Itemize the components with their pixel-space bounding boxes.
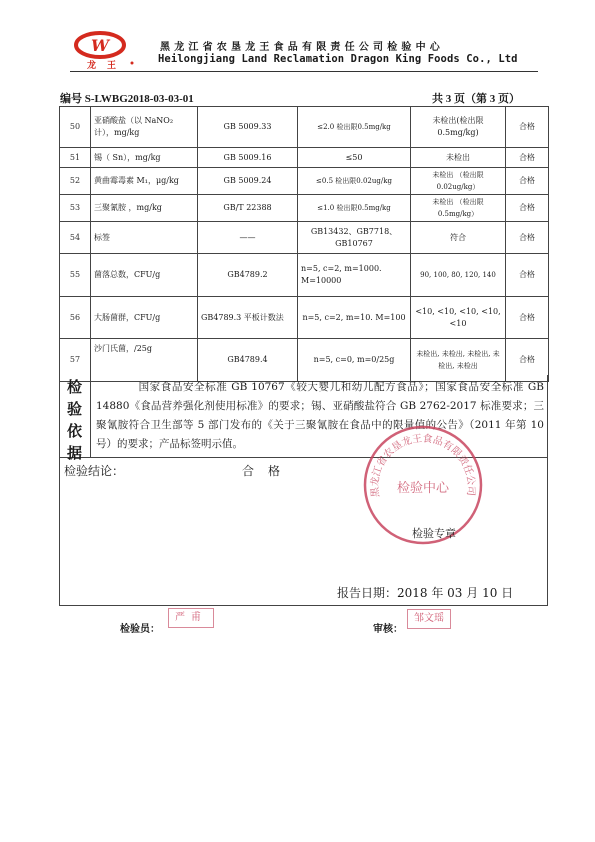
test-method: GB 5009.24 <box>198 168 298 195</box>
standard-limit: n=5, c=2, m=10. M=100 <box>298 297 411 339</box>
seal-center-text: 检验中心 <box>397 480 450 496</box>
table-row: 54 标签 —— GB13432、GB7718、GB10767 符合 合格 <box>60 222 549 254</box>
standard-limit: ≤2.0 检出限0.5mg/kg <box>298 107 411 148</box>
row-number: 55 <box>60 254 91 297</box>
table-row: 55 菌落总数，CFU/g GB4789.2 n=5, c=2, m=1000.… <box>60 254 549 297</box>
basis-label-char: 检 <box>59 377 90 397</box>
judgement: 合格 <box>506 195 549 222</box>
conclusion-label: 检验结论： <box>64 462 124 479</box>
svg-text:王: 王 <box>107 59 116 70</box>
test-result: 未检出 （检出限 0.5mg/kg） <box>411 195 506 222</box>
basis-label-char: 验 <box>59 399 90 419</box>
test-result: 未检出 （检出限 0.02ug/kg） <box>411 168 506 195</box>
standard-limit: n=5, c=2, m=1000. M=10000 <box>298 254 411 297</box>
test-method: GB 5009.33 <box>198 107 298 148</box>
test-method: GB 5009.16 <box>198 148 298 168</box>
standard-limit: GB13432、GB7718、GB10767 <box>298 222 411 254</box>
test-item: 锡（ Sn），mg/kg <box>91 148 198 168</box>
judgement: 合格 <box>506 168 549 195</box>
judgement: 合格 <box>506 222 549 254</box>
test-result: 符合 <box>411 222 506 254</box>
conclusion-value: 合格 <box>242 462 294 479</box>
company-logo: W 龙 王 <box>70 30 136 70</box>
test-result: 90, 100, 80, 120, 140 <box>411 254 506 297</box>
header-divider <box>70 71 538 72</box>
test-result: 未检出 <box>411 148 506 168</box>
judgement: 合格 <box>506 254 549 297</box>
standard-limit: ≤0.5 检出限0.02ug/kg <box>298 168 411 195</box>
inspector-signature-stamp: 严甫 <box>168 608 214 628</box>
reviewer-signature-stamp: 邹文瑶 <box>407 609 451 629</box>
reviewer-label: 审核： <box>373 620 403 635</box>
basis-label: 检 验 依 据 <box>59 375 91 457</box>
results-table: 50 亚硝酸盐（以 NaNO₂ 计），mg/kg GB 5009.33 ≤2.0… <box>59 106 549 382</box>
test-result: <10, <10, <10, <10, <10 <box>411 297 506 339</box>
table-row: 51 锡（ Sn），mg/kg GB 5009.16 ≤50 未检出 合格 <box>60 148 549 168</box>
test-item: 大肠菌群，CFU/g <box>91 297 198 339</box>
dragon-king-logo-icon: W 龙 王 <box>70 30 136 70</box>
table-row: 53 三聚氰胺 ，mg/kg GB/T 22388 ≤1.0 检出限0.5mg/… <box>60 195 549 222</box>
row-number: 53 <box>60 195 91 222</box>
row-number: 50 <box>60 107 91 148</box>
test-item: 黄曲霉毒素 M₁，μg/kg <box>91 168 198 195</box>
row-number: 52 <box>60 168 91 195</box>
test-method: GB4789.3 平板计数法 <box>198 297 298 339</box>
seal-label: 检验专章 <box>412 525 456 541</box>
report-number: 编号 S-LWBG2018-03-03-01 <box>60 90 194 106</box>
row-number: 56 <box>60 297 91 339</box>
svg-text:龙: 龙 <box>87 59 96 70</box>
company-name-cn: 黑龙江省农垦龙王食品有限责任公司检验中心 <box>160 38 444 53</box>
test-item: 菌落总数，CFU/g <box>91 254 198 297</box>
table-row: 52 黄曲霉毒素 M₁，μg/kg GB 5009.24 ≤0.5 检出限0.0… <box>60 168 549 195</box>
table-row: 50 亚硝酸盐（以 NaNO₂ 计），mg/kg GB 5009.33 ≤2.0… <box>60 107 549 148</box>
inspector-label: 检验员： <box>120 620 160 635</box>
judgement: 合格 <box>506 297 549 339</box>
basis-label-char: 依 <box>59 421 90 441</box>
test-item: 标签 <box>91 222 198 254</box>
company-name-en: Heilongjiang Land Reclamation Dragon Kin… <box>158 53 518 65</box>
test-result: 未检出(检出限 0.5mg/kg) <box>411 107 506 148</box>
test-item: 亚硝酸盐（以 NaNO₂ 计），mg/kg <box>91 107 198 148</box>
test-item: 三聚氰胺 ，mg/kg <box>91 195 198 222</box>
judgement: 合格 <box>506 107 549 148</box>
row-number: 51 <box>60 148 91 168</box>
standard-limit: ≤1.0 检出限0.5mg/kg <box>298 195 411 222</box>
row-number: 54 <box>60 222 91 254</box>
svg-text:W: W <box>91 36 111 55</box>
test-method: GB4789.2 <box>198 254 298 297</box>
standard-limit: ≤50 <box>298 148 411 168</box>
page-info: 共 3 页（第 3 页） <box>432 90 520 106</box>
test-method: —— <box>198 222 298 254</box>
table-row: 56 大肠菌群，CFU/g GB4789.3 平板计数法 n=5, c=2, m… <box>60 297 549 339</box>
report-date: 报告日期：2018 年 03 月 10 日 <box>337 584 513 601</box>
test-method: GB/T 22388 <box>198 195 298 222</box>
judgement: 合格 <box>506 148 549 168</box>
